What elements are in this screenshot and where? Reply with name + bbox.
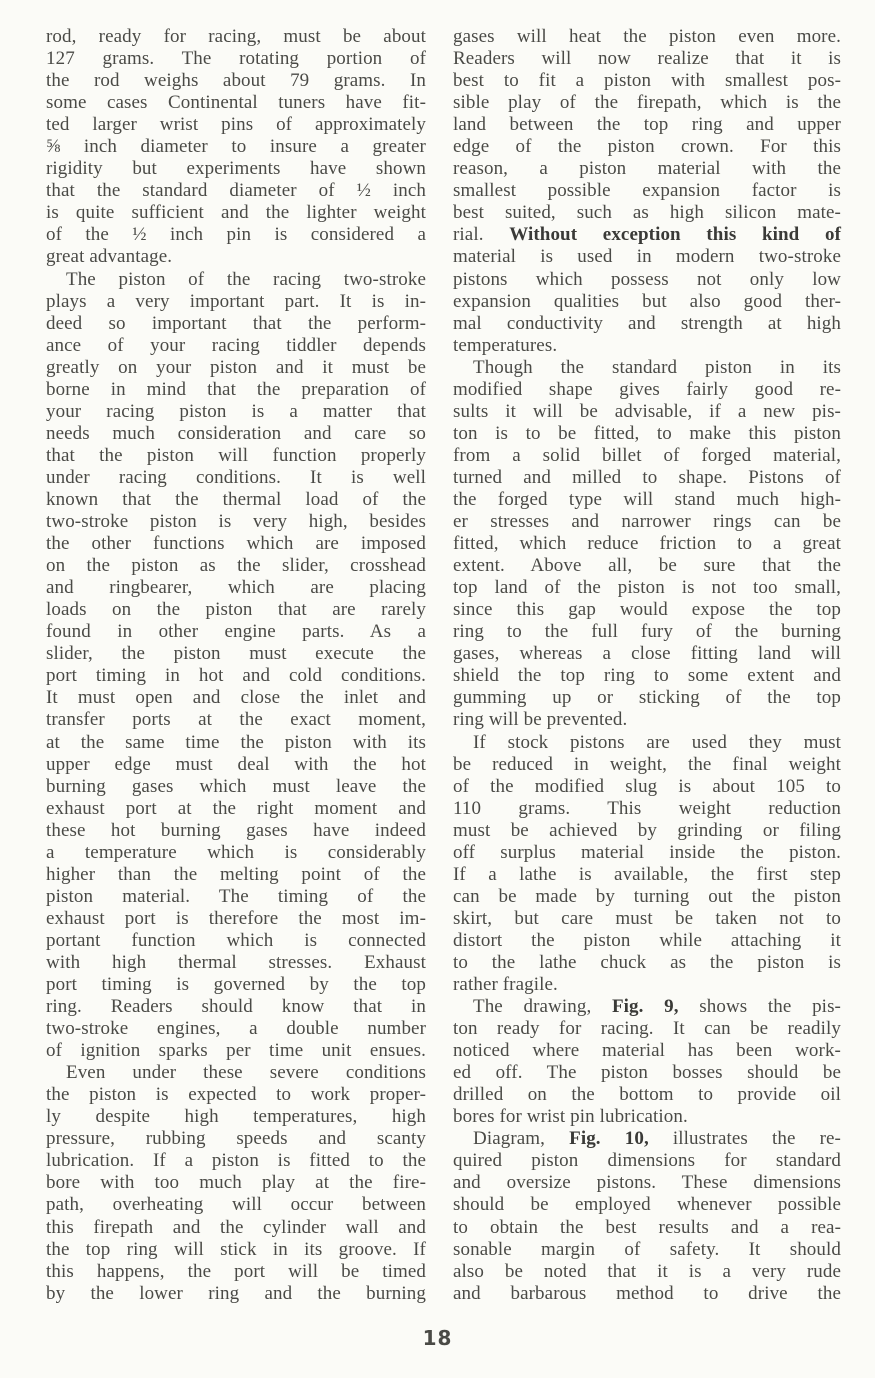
text-line: is quite sufficient and the lighter weig… bbox=[46, 202, 426, 224]
text-line: top land of the piston is not too small, bbox=[453, 577, 841, 599]
text-run: The drawing, bbox=[473, 996, 612, 1017]
text-line: ⅝ inch diameter to insure a greater bbox=[46, 136, 426, 158]
text-run: shows the pis- bbox=[679, 996, 841, 1017]
text-line: ring will be prevented. bbox=[453, 709, 841, 731]
text-run: rial. bbox=[453, 224, 509, 245]
text-line: pistons which possess not only low bbox=[453, 269, 841, 291]
text-line: gumming up or sticking of the top bbox=[453, 687, 841, 709]
text-line: material is used in modern two-stroke bbox=[453, 246, 841, 268]
text-line: slider, the piston must execute the bbox=[46, 643, 426, 665]
text-line: turned and milled to shape. Pistons of bbox=[453, 467, 841, 489]
text-line: The piston of the racing two-stroke bbox=[46, 269, 426, 291]
text-line: ton is to be fitted, to make this piston bbox=[453, 423, 841, 445]
text-line: found in other engine parts. As a bbox=[46, 621, 426, 643]
text-line: the piston is expected to work proper- bbox=[46, 1084, 426, 1106]
text-line: ance of your racing tiddler depends bbox=[46, 335, 426, 357]
left-text-column: rod, ready for racing, must be about127 … bbox=[46, 26, 426, 1305]
text-line: pressure, rubbing speeds and scanty bbox=[46, 1128, 426, 1150]
text-line: best suited, such as high silicon mate- bbox=[453, 202, 841, 224]
text-line: these hot burning gases have indeed bbox=[46, 820, 426, 842]
text-line: drilled on the bottom to provide oil bbox=[453, 1084, 841, 1106]
text-line: distort the piston while attaching it bbox=[453, 930, 841, 952]
text-line: port timing in hot and cold conditions. bbox=[46, 665, 426, 687]
text-line: sults it will be advisable, if a new pis… bbox=[453, 401, 841, 423]
text-line: known that the thermal load of the bbox=[46, 489, 426, 511]
text-line: two-stroke piston is very high, besides bbox=[46, 511, 426, 533]
text-line: from a solid billet of forged material, bbox=[453, 445, 841, 467]
text-line: ted larger wrist pins of approximately bbox=[46, 114, 426, 136]
text-line: the top ring will stick in its groove. I… bbox=[46, 1239, 426, 1261]
text-line: rod, ready for racing, must be about bbox=[46, 26, 426, 48]
text-line: skirt, but care must be taken not to bbox=[453, 908, 841, 930]
text-line: your racing piston is a matter that bbox=[46, 401, 426, 423]
text-line: bore with too much play at the fire- bbox=[46, 1172, 426, 1194]
text-line: noticed where material has been work- bbox=[453, 1040, 841, 1062]
text-line: fitted, which reduce friction to a great bbox=[453, 533, 841, 555]
text-line: ring to the full fury of the burning bbox=[453, 621, 841, 643]
text-line: shield the top ring to some extent and bbox=[453, 665, 841, 687]
text-line: edge of the piston crown. For this bbox=[453, 136, 841, 158]
text-line: Even under these severe conditions bbox=[46, 1062, 426, 1084]
text-line: Readers will now realize that it is bbox=[453, 48, 841, 70]
text-line: with high thermal stresses. Exhaust bbox=[46, 952, 426, 974]
text-line: this firepath and the cylinder wall and bbox=[46, 1217, 426, 1239]
text-line: the forged type will stand much high- bbox=[453, 489, 841, 511]
text-line: reason, a piston material with the bbox=[453, 158, 841, 180]
text-line: smallest possible expansion factor is bbox=[453, 180, 841, 202]
text-line: portant function which is connected bbox=[46, 930, 426, 952]
text-line: gases, whereas a close fitting land will bbox=[453, 643, 841, 665]
text-line: a temperature which is considerably bbox=[46, 842, 426, 864]
text-line: and barbarous method to drive the bbox=[453, 1283, 841, 1305]
text-line: borne in mind that the preparation of bbox=[46, 379, 426, 401]
text-line: ring. Readers should know that in bbox=[46, 996, 426, 1018]
text-line: needs much consideration and care so bbox=[46, 423, 426, 445]
text-line: also be noted that it is a very rude bbox=[453, 1261, 841, 1283]
text-line: ly despite high temperatures, high bbox=[46, 1106, 426, 1128]
text-line: gases will heat the piston even more. bbox=[453, 26, 841, 48]
text-line: lubrication. If a piston is fitted to th… bbox=[46, 1150, 426, 1172]
figure-reference: Fig. 9, bbox=[612, 996, 679, 1017]
text-line: of ignition sparks per time unit ensues. bbox=[46, 1040, 426, 1062]
text-line: on the piston as the slider, crosshead bbox=[46, 555, 426, 577]
text-line: upper edge must deal with the hot bbox=[46, 754, 426, 776]
text-line: best to fit a piston with smallest pos- bbox=[453, 70, 841, 92]
text-line: plays a very important part. It is in- bbox=[46, 291, 426, 313]
text-line: that the piston will function properly bbox=[46, 445, 426, 467]
text-line: deed so important that the perform- bbox=[46, 313, 426, 335]
text-line: 127 grams. The rotating portion of bbox=[46, 48, 426, 70]
text-line: loads on the piston that are rarely bbox=[46, 599, 426, 621]
figure-reference: Fig. 10, bbox=[569, 1128, 649, 1149]
text-line: sible play of the firepath, which is the bbox=[453, 92, 841, 114]
text-line: to the lathe chuck as the piston is bbox=[453, 952, 841, 974]
text-line: exhaust port is therefore the most im- bbox=[46, 908, 426, 930]
text-line: be reduced in weight, the final weight bbox=[453, 754, 841, 776]
text-line: Though the standard piston in its bbox=[453, 357, 841, 379]
text-line: higher than the melting point of the bbox=[46, 864, 426, 886]
text-line: bores for wrist pin lubrication. bbox=[453, 1106, 841, 1128]
text-line: two-stroke engines, a double number bbox=[46, 1018, 426, 1040]
text-line: 110 grams. This weight reduction bbox=[453, 798, 841, 820]
text-line: the rod weighs about 79 grams. In bbox=[46, 70, 426, 92]
text-line: path, overheating will occur between bbox=[46, 1194, 426, 1216]
text-line: rial. Without exception this kind of bbox=[453, 224, 841, 246]
text-line: quired piston dimensions for standard bbox=[453, 1150, 841, 1172]
text-line: If stock pistons are used they must bbox=[453, 732, 841, 754]
text-line: extent. Above all, be sure that the bbox=[453, 555, 841, 577]
text-line: since this gap would expose the top bbox=[453, 599, 841, 621]
text-run: illustrates the re- bbox=[649, 1128, 841, 1149]
text-line: land between the top ring and upper bbox=[453, 114, 841, 136]
right-text-column: gases will heat the piston even more.Rea… bbox=[453, 26, 841, 1305]
text-line: expansion qualities but also good ther- bbox=[453, 291, 841, 313]
text-line: If a lathe is available, the first step bbox=[453, 864, 841, 886]
text-line: mal conductivity and strength at high bbox=[453, 313, 841, 335]
text-line: and oversize pistons. These dimensions bbox=[453, 1172, 841, 1194]
text-line: by the lower ring and the burning bbox=[46, 1283, 426, 1305]
text-line: temperatures. bbox=[453, 335, 841, 357]
text-line: modified shape gives fairly good re- bbox=[453, 379, 841, 401]
text-line: should be employed whenever possible bbox=[453, 1194, 841, 1216]
text-line: rigidity but experiments have shown bbox=[46, 158, 426, 180]
text-line: sonable margin of safety. It should bbox=[453, 1239, 841, 1261]
text-line: ed off. The piston bosses should be bbox=[453, 1062, 841, 1084]
text-line: this happens, the port will be timed bbox=[46, 1261, 426, 1283]
text-line: to obtain the best results and a rea- bbox=[453, 1217, 841, 1239]
text-line: can be made by turning out the piston bbox=[453, 886, 841, 908]
text-line: greatly on your piston and it must be bbox=[46, 357, 426, 379]
text-line: exhaust port at the right moment and bbox=[46, 798, 426, 820]
text-line: Diagram, Fig. 10, illustrates the re- bbox=[453, 1128, 841, 1150]
text-line: transfer ports at the exact moment, bbox=[46, 709, 426, 731]
text-line: off surplus material inside the piston. bbox=[453, 842, 841, 864]
text-line: port timing is governed by the top bbox=[46, 974, 426, 996]
text-line: rather fragile. bbox=[453, 974, 841, 996]
text-line: er stresses and narrower rings can be bbox=[453, 511, 841, 533]
text-line: and ringbearer, which are placing bbox=[46, 577, 426, 599]
text-line: burning gases which must leave the bbox=[46, 776, 426, 798]
text-line: under racing conditions. It is well bbox=[46, 467, 426, 489]
text-line: that the standard diameter of ½ inch bbox=[46, 180, 426, 202]
text-line: The drawing, Fig. 9, shows the pis- bbox=[453, 996, 841, 1018]
text-line: of the ½ inch pin is considered a bbox=[46, 224, 426, 246]
text-line: of the modified slug is about 105 to bbox=[453, 776, 841, 798]
text-line: piston material. The timing of the bbox=[46, 886, 426, 908]
emphasized-text: Without exception this kind of bbox=[509, 224, 841, 245]
text-line: the other functions which are imposed bbox=[46, 533, 426, 555]
text-run: Diagram, bbox=[473, 1128, 569, 1149]
text-line: at the same time the piston with its bbox=[46, 732, 426, 754]
text-line: great advantage. bbox=[46, 246, 426, 268]
text-line: must be achieved by grinding or filing bbox=[453, 820, 841, 842]
page-number: 18 bbox=[0, 1326, 875, 1350]
text-line: ton ready for racing. It can be readily bbox=[453, 1018, 841, 1040]
text-line: some cases Continental tuners have fit- bbox=[46, 92, 426, 114]
text-line: It must open and close the inlet and bbox=[46, 687, 426, 709]
